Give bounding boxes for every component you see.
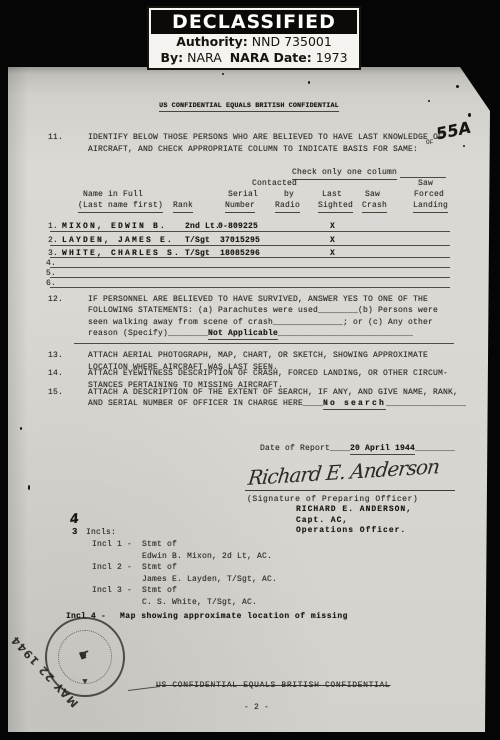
item11-line1: IDENTIFY BELOW THOSE PERSONS WHO ARE BEL… — [88, 133, 443, 143]
footer-classification: US CONFIDENTIAL EQUALS BRITISH CONFIDENT… — [156, 681, 390, 691]
incl-count-typed: 3 — [72, 527, 78, 537]
item15-line2: AND SERIAL NUMBER OF OFFICER IN CHARGE H… — [88, 399, 466, 409]
declassified-title: DECLASSIFIED — [151, 10, 357, 34]
item11-line2: AIRCRAFT, AND CHECK APPROPRIATE COLUMN T… — [88, 145, 418, 155]
scan-speck — [456, 85, 459, 88]
date-of-report: Date of Report____20 April 1944________ — [260, 444, 455, 454]
row-line — [50, 277, 450, 278]
item12-line4: reason (Specify)________Not Applicable__… — [88, 329, 413, 339]
col-saw-top: Saw — [418, 179, 433, 189]
col-landing: Landing — [413, 201, 448, 213]
no-search-entry: No search — [323, 399, 386, 410]
incl-label: Incls: — [86, 528, 116, 538]
footer-classification-text: US CONFIDENTIAL EQUALS BRITISH CONFIDENT… — [156, 681, 390, 690]
nara-date-label: NARA Date: — [230, 50, 312, 65]
signature-script: Richard E. Anderson — [247, 455, 440, 489]
incl-entry-detail: C. S. White, T/Sgt, AC. — [142, 598, 257, 608]
item12-number: 12. — [48, 295, 63, 305]
row-line — [50, 257, 450, 258]
col-name-2: (Last name first) — [78, 201, 163, 213]
incl-entry-head: Incl 3 - Stmt of — [92, 586, 177, 596]
col-radio: Radio — [275, 201, 300, 213]
scan-speck — [468, 113, 471, 117]
incl-entry-head: Incl 2 - Stmt of — [92, 563, 177, 573]
col-saw: Saw — [365, 190, 380, 200]
signature-line — [245, 490, 455, 491]
signature-caption: (Signature of Preparing Officer) — [247, 495, 418, 505]
date-fill-pre: ____ — [330, 444, 350, 453]
item15-number: 15. — [48, 388, 63, 398]
nara-date-value: 1973 — [316, 50, 348, 65]
incl-entry-head: Incl 1 - Stmt of — [92, 540, 177, 550]
scan-speck — [308, 81, 310, 84]
handwritten-incl-count: 4 — [69, 511, 80, 527]
item12-line4-prefix: reason (Specify)________ — [88, 329, 208, 338]
scan-speck — [454, 124, 456, 126]
scan-speck — [463, 145, 465, 147]
check-banner: Check only one column — [292, 168, 397, 180]
stamp-arrow-icon: ▼ — [82, 677, 87, 687]
row-line — [50, 267, 450, 268]
check-banner-line — [400, 177, 446, 178]
date-of-report-value: 20 April 1944 — [350, 444, 415, 455]
officer-title: Operations Officer. — [296, 526, 406, 536]
item15-line1: ATTACH A DESCRIPTION OF THE EXTENT OF SE… — [88, 388, 458, 398]
col-by: by — [284, 190, 294, 200]
item13-line1: ATTACH AERIAL PHOTOGRAPH, MAP, CHART, OR… — [88, 351, 428, 361]
scan-speck — [222, 73, 224, 75]
document-paper: US CONFIDENTIAL EQUALS BRITISH CONFIDENT… — [8, 67, 490, 732]
item12-line4-suffix: ___________________________ — [278, 329, 413, 338]
item12-line1: IF PERSONNEL ARE BELIEVED TO HAVE SURVIV… — [88, 295, 428, 305]
col-crash: Crash — [362, 201, 387, 213]
col-contacted: Contacted — [252, 179, 297, 189]
item14-number: 14. — [48, 369, 63, 379]
not-applicable-entry: Not Applicable — [208, 329, 278, 340]
declassified-stamp: DECLASSIFIED Authority: NND 735001 By: N… — [147, 6, 361, 70]
scan-speck — [428, 100, 430, 102]
page-number: - 2 - — [244, 703, 269, 713]
item12-line3: seen walking away from scene of crash___… — [88, 318, 433, 328]
declassified-by-line: By: NARA NARA Date: 1973 — [151, 50, 357, 66]
authority-value: NND 735001 — [252, 34, 332, 49]
row-line — [50, 231, 450, 232]
classification-header: US CONFIDENTIAL EQUALS BRITISH CONFIDENT… — [8, 101, 490, 111]
incl-entry-detail: Edwin B. Mixon, 2d Lt, AC. — [142, 552, 272, 562]
by-value: NARA — [187, 50, 222, 65]
row-line — [50, 245, 450, 246]
col-serial-1: Serial — [228, 190, 258, 200]
row-line — [50, 287, 450, 288]
item15-line2-prefix: AND SERIAL NUMBER OF OFFICER IN CHARGE H… — [88, 399, 323, 408]
item11-number: 11. — [48, 133, 63, 143]
col-name-1: Name in Full — [83, 190, 143, 200]
date-fill-post: ________ — [415, 444, 455, 453]
col-sighted: Sighted — [318, 201, 353, 213]
officer-rank: Capt. AC, — [296, 516, 348, 526]
declassified-authority-line: Authority: NND 735001 — [151, 34, 357, 50]
date-of-report-label: Date of Report — [260, 444, 330, 453]
item12-answer-line — [74, 343, 454, 344]
incl-entry-detail: James E. Layden, T/Sgt, AC. — [142, 575, 277, 585]
col-last: Last — [322, 190, 342, 200]
col-forced: Forced — [414, 190, 444, 200]
item13-number: 13. — [48, 351, 63, 361]
by-label: By: — [160, 50, 183, 65]
authority-label: Authority: — [176, 34, 248, 49]
scan-speck — [20, 427, 22, 430]
item14-line1: ATTACH EYEWITNESS DESCRIPTION OF CRASH, … — [88, 369, 448, 379]
officer-name: RICHARD E. ANDERSON, — [296, 505, 412, 515]
col-serial-2: Number — [225, 201, 255, 213]
incl4-text: Map showing approximate location of miss… — [120, 612, 348, 622]
item12-line2: FOLLOWING STATEMENTS: (a) Parachutes wer… — [88, 306, 438, 316]
item15-line2-suffix: ________________ — [386, 399, 466, 408]
col-rank: Rank — [173, 201, 193, 213]
scan-speck — [28, 485, 30, 490]
